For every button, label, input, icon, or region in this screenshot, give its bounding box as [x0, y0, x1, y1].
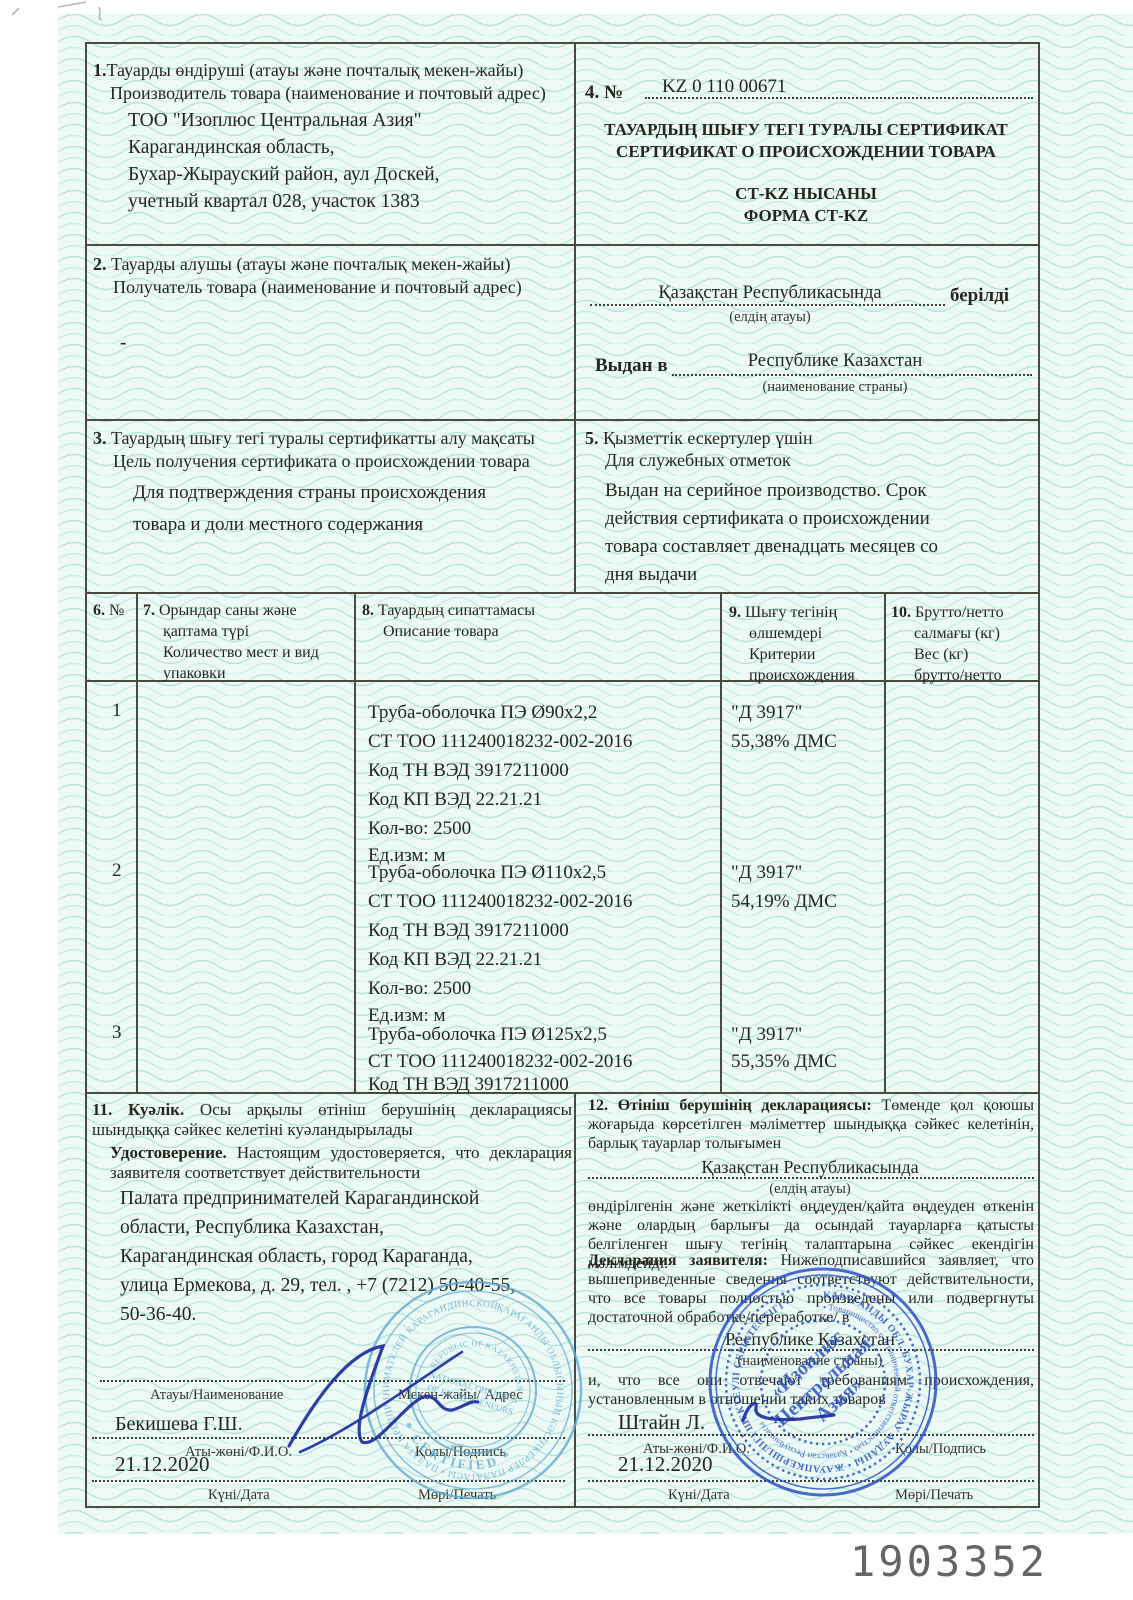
box1-producer-district: Бухар-Жырауский район, аул Доскей,: [128, 164, 440, 186]
box12-country-kk-line: [588, 1177, 1034, 1179]
col10-header-line4: брутто/нетто: [914, 667, 1002, 685]
box12-date: 21.12.2020: [618, 1452, 713, 1476]
serial-number: 1903352: [850, 1538, 1040, 1586]
row3-desc-line2: СТ ТОО 111240018232-002-2016: [368, 1051, 632, 1073]
row3-origin-line1: "Д 3917": [731, 1024, 802, 1046]
border-top: [85, 42, 1040, 44]
border-col7: [354, 592, 356, 1092]
box3-label-ru: Цель получения сертификата о происхожден…: [113, 451, 530, 472]
col9-header-line1: 9. Шығу тегінің: [729, 604, 837, 622]
issued-country-kk: Қазақстан Республикасында: [615, 283, 925, 304]
row2-origin-line2: 54,19% ДМС: [731, 891, 837, 913]
box5-label-kk: 5. Қызметтік ескертулер үшін: [585, 428, 813, 449]
box1-producer-plot: учетный квартал 028, участок 1383: [128, 191, 420, 213]
border-left: [85, 42, 87, 1508]
box11-certification-kk: 11. Куәлік. Осы арқылы өтініш берушінің …: [92, 1100, 572, 1140]
certificate-form-kk: СТ-KZ НЫСАНЫ: [580, 184, 1032, 204]
issued-ru-line: [672, 374, 1032, 376]
box2-label-kk: 2. Тауарды алушы (атауы және почталық ме…: [93, 254, 511, 275]
box12-declaration-kk: 12. Өтініш берушінің декларациясы: Төмен…: [588, 1097, 1034, 1154]
row1-number: 1: [112, 700, 122, 722]
box11-date: 21.12.2020: [115, 1452, 210, 1476]
stamp-chamber: ҚАРАҒАНДЫ ОБЛЫСЫНЫҢ КӘСІПКЕРЛЕР ПАЛАТАСЫ…: [358, 1275, 588, 1505]
certificate-form-ru: ФОРМА СТ-KZ: [580, 206, 1032, 226]
issued-kk-line: [590, 304, 945, 306]
row2-number: 2: [112, 860, 122, 882]
row1-origin-line2: 55,38% ДМС: [731, 731, 837, 753]
box11-certification-ru: Удостоверение. Настоящим удостоверяется,…: [110, 1143, 572, 1183]
box11-name-hint: Атауы/Наименование: [150, 1387, 283, 1404]
box3-purpose-line1: Для подтверждения страны происхождения: [133, 482, 486, 504]
box3-number: 3.: [93, 428, 107, 448]
row2-desc-line4: Код КП ВЭД 22.21.21: [368, 949, 542, 971]
border-table-header-top: [85, 592, 1040, 594]
box1-label-kk: 1.Тауарды өндіруші (атауы және почталық …: [93, 60, 523, 81]
certificate-title-ru: СЕРТИФИКАТ О ПРОИСХОЖДЕНИИ ТОВАРА: [580, 142, 1032, 162]
row2-desc-line3: Код ТН ВЭД 3917211000: [368, 920, 569, 942]
row1-desc-line5: Кол-во: 2500: [368, 818, 471, 840]
box1-number: 1.: [93, 60, 107, 80]
box11-authority-line1: Палата предпринимателей Карагандинской: [120, 1188, 479, 1210]
issued-hint-kk: (елдің атауы): [615, 309, 925, 326]
border-bottom: [85, 1506, 1040, 1508]
col10-header-line3: Вес (кг): [914, 646, 968, 664]
border-right: [1038, 42, 1040, 1508]
box5-note-line1: Выдан на серийное производство. Срок: [605, 480, 927, 502]
issued-country-ru: Республике Казахстан: [700, 351, 970, 372]
stamp-isoplus: ҚАРАҒАНДЫ ОБЛ. БУХАР-ЖЫРАУ АУДАНЫ • ЖАУА…: [703, 1262, 943, 1502]
box1-producer-name: ТОО "Изоплюс Центральная Азия": [128, 110, 422, 132]
border-col6: [136, 592, 138, 1092]
box3-label-kk: 3. Тауардың шығу тегі туралы сертификатт…: [93, 428, 535, 449]
certificate-number-line: [645, 97, 1033, 99]
pencil-mark-2: [58, 2, 86, 7]
col7-header-line2: қаптама түрі: [163, 623, 249, 641]
row3-origin-line2: 55,35% ДМС: [731, 1051, 837, 1073]
box11-authority-line3: Карагандинская область, город Караганда,: [120, 1246, 473, 1268]
box3-purpose-line2: товара и доли местного содержания: [133, 514, 423, 536]
box2-label-ru: Получатель товара (наименование и почтов…: [113, 277, 522, 298]
box5-label-ru: Для служебных отметок: [605, 450, 791, 471]
box2-number: 2.: [93, 254, 107, 274]
box11-authority-line5: 50-36-40.: [120, 1304, 196, 1326]
issued-label-ru: Выдан в: [595, 355, 668, 377]
box11-date-hint: Күні/Дата: [208, 1487, 270, 1504]
row3-number: 3: [112, 1022, 122, 1044]
col7-header-line4: упаковки: [163, 665, 226, 683]
pencil-mark-1: [12, 8, 19, 15]
border-col8: [720, 592, 722, 1092]
certificate-title-kk: ТАУАРДЫҢ ШЫҒУ ТЕГІ ТУРАЛЫ СЕРТИФИКАТ: [580, 120, 1032, 140]
border-col9: [884, 592, 886, 1092]
certificate-page: { "doc": { "box1": { "no": "1.", "kk": "…: [0, 0, 1133, 1600]
box5-note-line4: дня выдачи: [605, 564, 697, 586]
certificate-number: KZ 0 110 00671: [662, 76, 786, 98]
row1-desc-line4: Код КП ВЭД 22.21.21: [368, 789, 542, 811]
col9-header-line3: Критерии: [749, 646, 815, 664]
col6-header: 6. №: [93, 602, 124, 620]
box1-producer-region: Карагандинская область,: [128, 137, 335, 159]
row2-desc-line2: СТ ТОО 111240018232-002-2016: [368, 891, 632, 913]
box12-signer-name: Штайн Л.: [618, 1410, 705, 1434]
row2-desc-line5: Кол-во: 2500: [368, 978, 471, 1000]
box5-note-line3: товара составляет двенадцать месяцев со: [605, 536, 938, 558]
border-table-header-bottom: [85, 680, 1040, 682]
col7-header-line3: Количество мест и вид: [163, 644, 319, 662]
row3-desc-line1: Труба-оболочка ПЭ Ø125х2,5: [368, 1024, 607, 1046]
row3-desc-line3: Код ТН ВЭД 3917211000: [368, 1074, 569, 1096]
row2-origin-line1: "Д 3917": [731, 862, 802, 884]
col7-header-line1: 7. Орындар саны және: [143, 602, 297, 620]
border-center-top: [574, 42, 576, 594]
border-row2: [85, 419, 1040, 421]
row1-desc-line3: Код ТН ВЭД 3917211000: [368, 760, 569, 782]
box12-country-kk: Қазақстан Республикасында: [615, 1157, 1005, 1178]
col10-header-line1: 10. Брутто/нетто: [891, 604, 1004, 622]
col10-header-line2: салмағы (кг): [914, 625, 1000, 643]
box12-country-kk-hint: (елдің атауы): [615, 1181, 1005, 1198]
box2-value: -: [120, 332, 126, 354]
row1-origin-line1: "Д 3917": [731, 702, 802, 724]
box5-note-line2: действия сертификата о происхождении: [605, 508, 930, 530]
row2-desc-line1: Труба-оболочка ПЭ Ø110х2,5: [368, 862, 606, 884]
col9-header-line2: өлшемдері: [749, 625, 822, 643]
border-row1: [85, 244, 1040, 246]
box1-label-ru: Производитель товара (наименование и поч…: [110, 83, 546, 104]
box11-signer-name: Бекишева Г.Ш.: [115, 1413, 243, 1436]
row1-desc-line1: Труба-оболочка ПЭ Ø90х2,2: [368, 702, 597, 724]
col9-header-line4: происхождения: [749, 667, 855, 685]
col8-header-line1: 8. Тауардың сипаттамасы: [362, 602, 535, 620]
issued-suffix-kk: берілді: [950, 285, 1009, 307]
row1-desc-line2: СТ ТОО 111240018232-002-2016: [368, 731, 632, 753]
box11-authority-line2: области, Республика Казахстан,: [120, 1217, 384, 1239]
box4-number-label: 4. №: [585, 82, 623, 104]
box5-number: 5.: [585, 428, 599, 448]
issued-hint-ru: (наименование страны): [700, 379, 970, 396]
col8-header-line2: Описание товара: [383, 623, 499, 641]
